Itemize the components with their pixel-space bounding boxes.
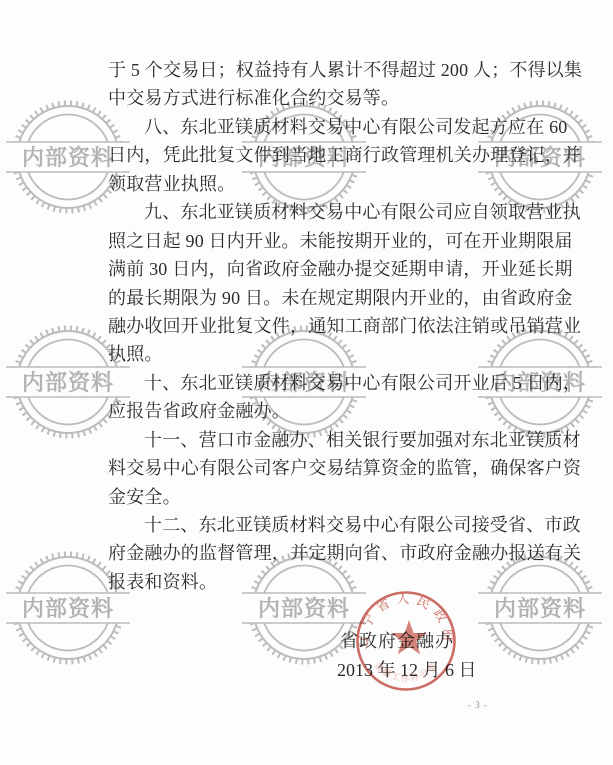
document-body: 于 5 个交易日；权益持有人累计不得超过 200 人；不得以集中交易方式进行标准… [108,56,548,596]
star-icon [391,620,427,654]
document-line: 八、东北亚镁质材料交易中心有限公司发起方应在 60 [108,113,548,141]
document-line: 领取营业执照。 [108,170,548,198]
document-line: 于 5 个交易日；权益持有人累计不得超过 200 人；不得以集 [108,56,548,84]
document-line: 照之日起 90 日内开业。未能按期开业的，可在开业期限届 [108,227,548,255]
document-line: 十、东北亚镁质材料交易中心有限公司开业后 5 日内， [108,369,548,397]
document-line: 执照。 [108,340,548,368]
document-line: 的最长期限为 90 日。未在规定期限内开业的，由省政府金 [108,284,548,312]
watermark-text: 内部资料 [258,596,350,621]
document-line: 应报告省政府金融办。 [108,397,548,425]
scanned-document-page: 内部资料内部资料内部资料内部资料内部资料内部资料内部资料内部资料内部资料 于 5… [0,0,613,765]
document-line: 融办收回开业批复文件，通知工商部门依法注销或吊销营业 [108,312,548,340]
page-number: - 3 - [468,700,488,710]
document-line: 九、东北亚镁质材料交易中心有限公司应自领取营业执 [108,198,548,226]
seal-bottom-text: 金融工作办公室 [372,659,439,683]
document-line: 府金融办的监督管理，并定期向省、市政府金融办报送有关 [108,539,548,567]
document-line: 十一、营口市金融办、相关银行要加强对东北亚镁质材 [108,426,548,454]
watermark-text: 内部资料 [22,596,114,621]
watermark-text: 内部资料 [22,370,114,395]
document-line: 料交易中心有限公司客户交易结算资金的监管，确保客户资 [108,454,548,482]
document-line: 日内，凭此批复文件到当地工商行政管理机关办理登记，并 [108,141,548,169]
document-line: 中交易方式进行标准化合约交易等。 [108,84,548,112]
document-line: 金安全。 [108,483,548,511]
official-seal: 辽宁省人民政府 金融工作办公室 [353,588,459,694]
watermark-text: 内部资料 [22,145,114,170]
document-line: 报表和资料。 [108,568,548,596]
watermark-text: 内部资料 [494,596,586,621]
document-line: 十二、东北亚镁质材料交易中心有限公司接受省、市政 [108,511,548,539]
document-line: 满前 30 日内，向省政府金融办提交延期申请，开业延长期 [108,255,548,283]
